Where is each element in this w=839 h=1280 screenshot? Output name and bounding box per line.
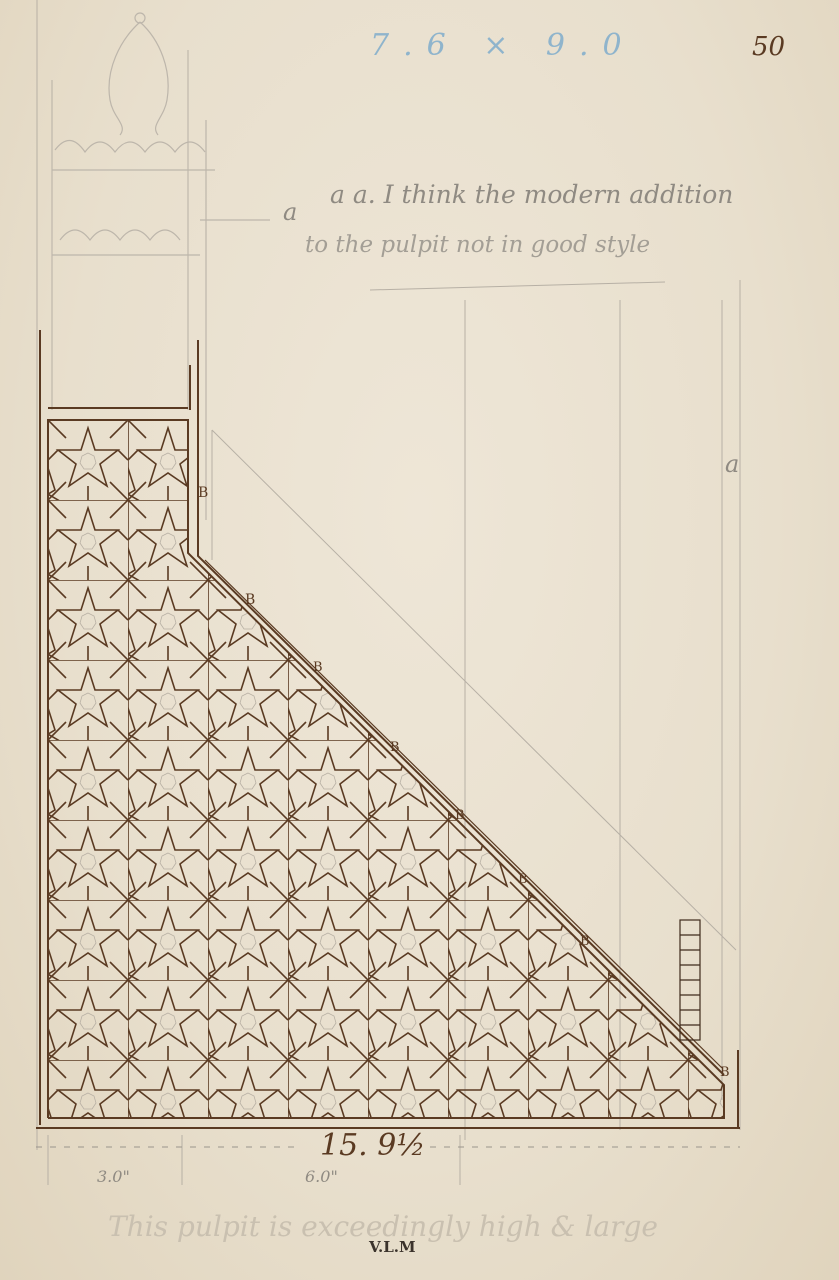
label-b: B xyxy=(198,485,208,501)
geometric-star-pattern xyxy=(40,410,740,1130)
label-b: B xyxy=(455,808,465,823)
collection-stamp: V.L.M xyxy=(369,1238,416,1256)
label-b: B xyxy=(580,934,590,949)
note-line-2: to the pulpit not in good style xyxy=(305,232,650,258)
label-b: B xyxy=(390,740,400,755)
sketchbook-page: 7.6 × 9.0 50 a a a. I think the modern a… xyxy=(0,0,839,1280)
label-b: B xyxy=(720,1065,730,1080)
side-marker: a xyxy=(725,450,739,478)
dimension-total: 15. 9½ xyxy=(320,1128,425,1163)
dimension-mid: 6.0" xyxy=(305,1167,338,1186)
label-b: B xyxy=(313,660,323,675)
note-marker: a xyxy=(283,198,297,226)
label-b: B xyxy=(518,872,528,887)
blue-pencil-dimensions: 7.6 × 9.0 xyxy=(370,28,636,63)
note-line-1: a a. I think the modern addition xyxy=(330,180,733,209)
balustrade-sketch xyxy=(680,920,700,1040)
label-b: B xyxy=(245,592,255,608)
page-number: 50 xyxy=(752,32,785,62)
dimension-left: 3.0" xyxy=(97,1167,130,1186)
